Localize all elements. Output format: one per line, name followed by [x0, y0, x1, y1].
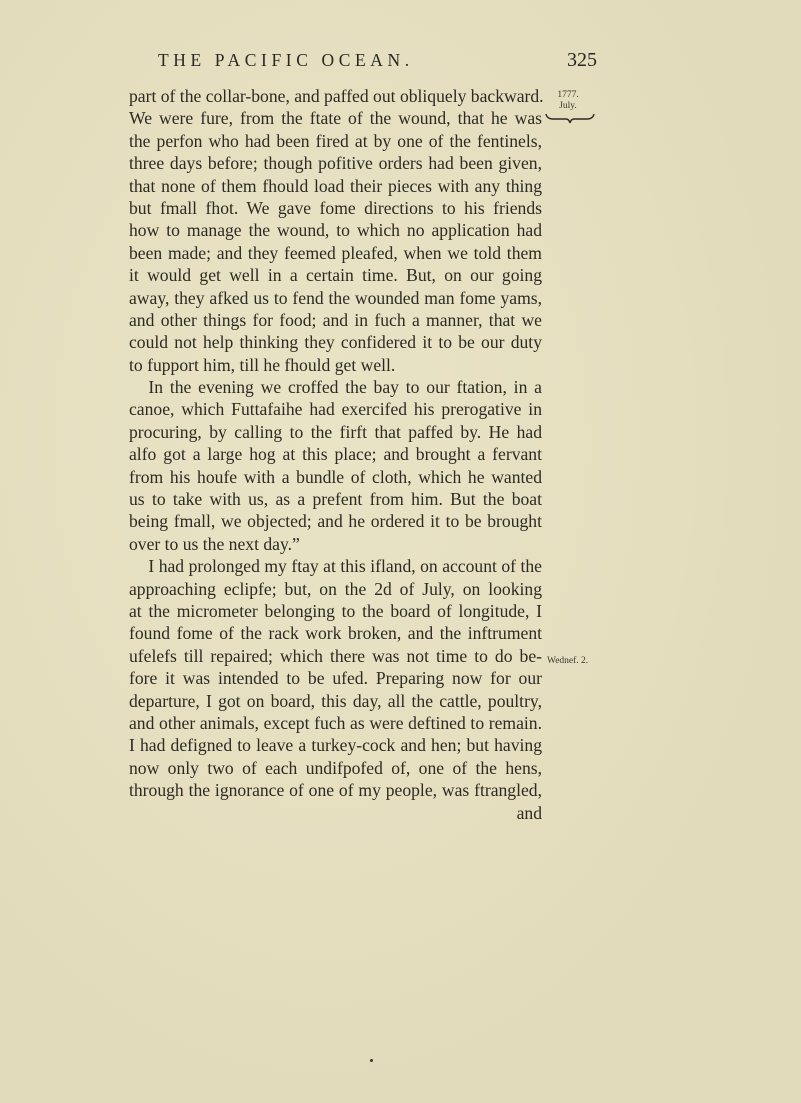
- text-line: that none of them fhould load their piec…: [129, 175, 542, 197]
- text-line: the perfon who had been fired at by one …: [129, 130, 542, 152]
- margin-note-month: July.: [553, 101, 583, 112]
- text-line: and other animals, except fuch as were d…: [129, 712, 542, 734]
- text-line: from his houfe with a bundle of cloth, w…: [129, 466, 542, 488]
- text-line: at the micrometer belonging to the board…: [129, 600, 542, 622]
- text-line: departure, I got on board, this day, all…: [129, 690, 542, 712]
- text-line: found fome of the rack work broken, and …: [129, 622, 542, 644]
- margin-note-day: Wednef. 2.: [547, 656, 588, 667]
- text-line: could not help thinking they confidered …: [129, 331, 542, 353]
- body-text: part of the collar-bone, and paffed out …: [129, 85, 542, 824]
- text-line: canoe, which Futtafaihe had exercifed hi…: [129, 398, 542, 420]
- text-line: ufelefs till repaired; which there was n…: [129, 645, 542, 667]
- text-line: how to manage the wound, to which no app…: [129, 219, 542, 241]
- margin-note-year: 1777.: [553, 90, 583, 101]
- brace-icon: [545, 112, 595, 124]
- paragraph-start-line: In the evening we croffed the bay to our…: [129, 376, 542, 398]
- text-line: away, they afked us to fend the wounded …: [129, 287, 542, 309]
- page-number: 325: [567, 49, 597, 72]
- book-page: THE PACIFIC OCEAN. 325 1777. July. Wedne…: [0, 0, 801, 1103]
- text-line: alfo got a large hog at this place; and …: [129, 443, 542, 465]
- text-line: but fmall fhot. We gave fome directions …: [129, 197, 542, 219]
- catchword: and: [129, 802, 542, 824]
- text-line: been made; and they feemed pleafed, when…: [129, 242, 542, 264]
- text-line: being fmall, we objected; and he ordered…: [129, 510, 542, 532]
- text-line: and other things for food; and in fuch a…: [129, 309, 542, 331]
- text-line: us to take with us, as a prefent from hi…: [129, 488, 542, 510]
- paragraph-start-line: I had prolonged my ftay at this ifland, …: [129, 555, 542, 577]
- text-line: to fupport him, till he fhould get well.: [129, 354, 542, 376]
- text-line: it would get well in a certain time. But…: [129, 264, 542, 286]
- text-line: now only two of each undifpofed of, one …: [129, 757, 542, 779]
- text-line: part of the collar-bone, and paffed out …: [129, 85, 542, 107]
- ink-speck: [370, 1059, 373, 1062]
- text-line: I had defigned to leave a turkey-cock an…: [129, 734, 542, 756]
- text-line: fore it was intended to be ufed. Prepari…: [129, 667, 542, 689]
- text-line: approaching eclipfe; but, on the 2d of J…: [129, 578, 542, 600]
- text-line: over to us the next day.”: [129, 533, 542, 555]
- text-line: three days before; though pofitive order…: [129, 152, 542, 174]
- running-head: THE PACIFIC OCEAN.: [158, 50, 414, 71]
- text-line: We were fure, from the ftate of the woun…: [129, 107, 542, 129]
- text-line: procuring, by calling to the firft that …: [129, 421, 542, 443]
- text-line: through the ignorance of one of my peopl…: [129, 779, 542, 801]
